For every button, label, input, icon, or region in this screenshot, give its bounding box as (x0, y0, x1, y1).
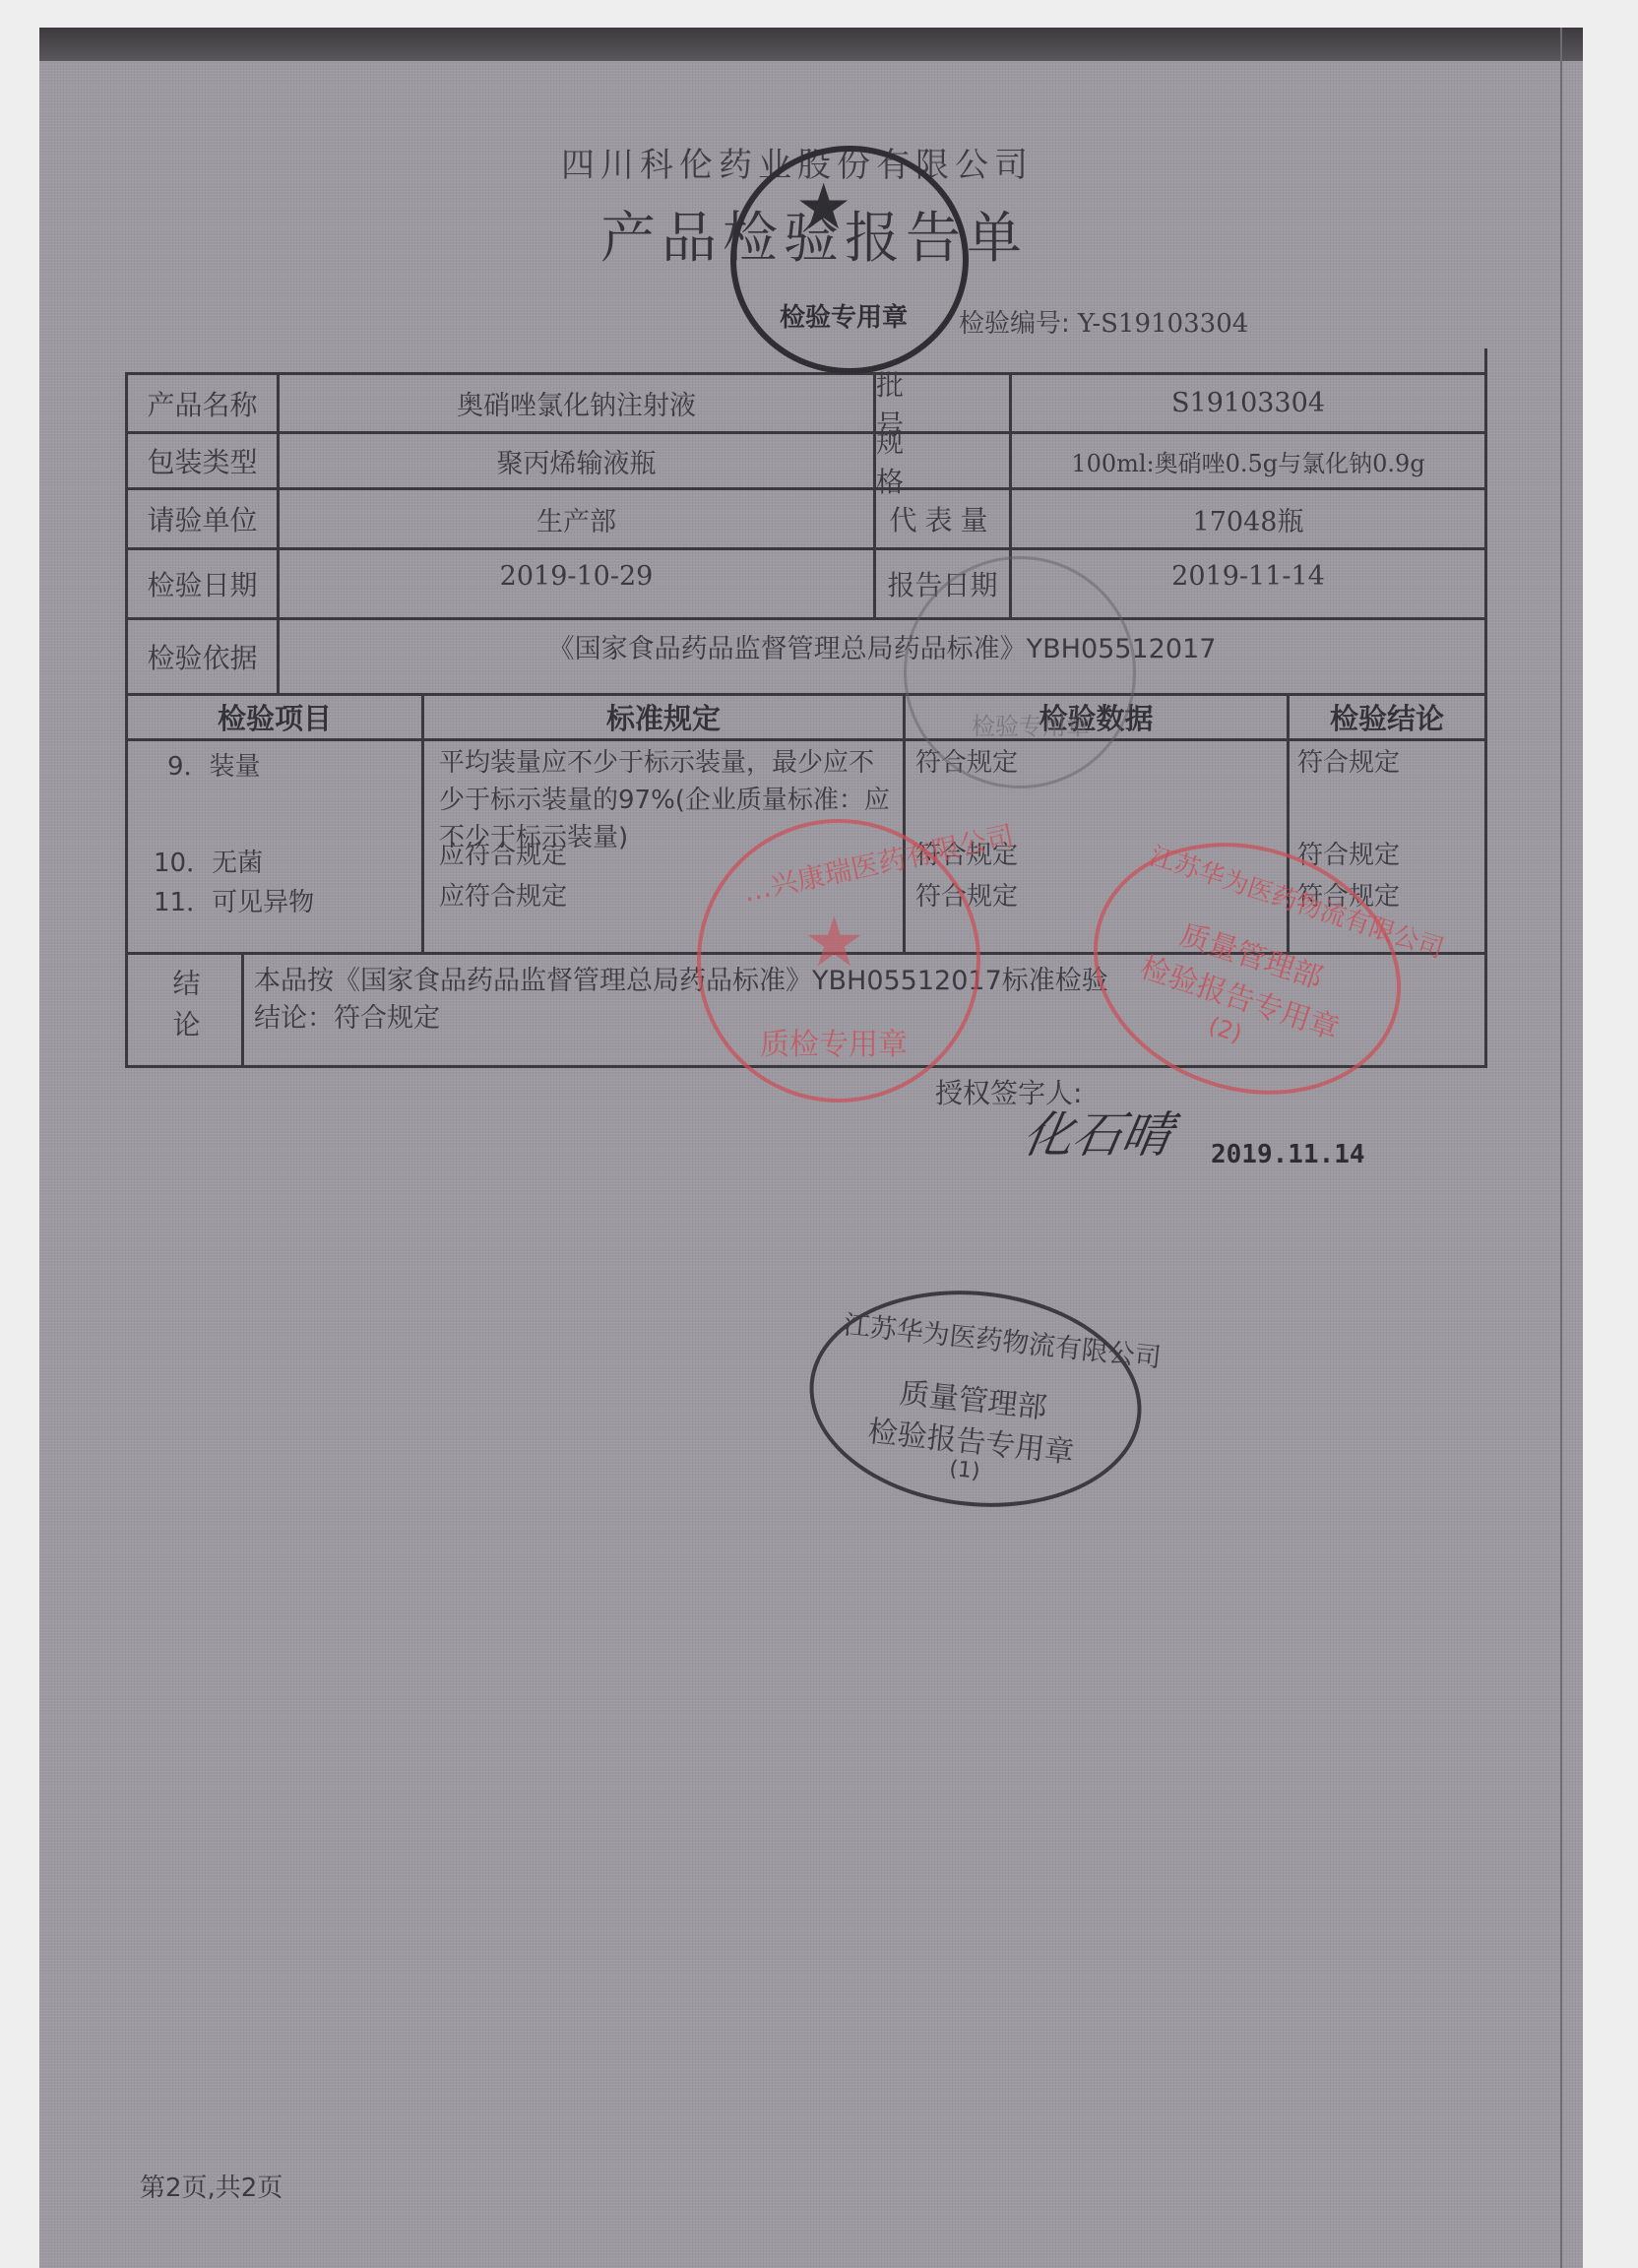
col-header-item: 检验项目 (128, 696, 421, 738)
row-item: 9．装量 (167, 748, 261, 786)
value-requester: 生产部 (280, 490, 873, 547)
star-icon: ★ (795, 171, 851, 244)
row-standard-line: 应符合规定 (439, 837, 567, 874)
report-number-label: 检验编号: (959, 309, 1070, 339)
value-batch: S19103304 (1012, 375, 1484, 431)
label-basis: 检验依据 (128, 620, 277, 693)
page-indicator: 第2页,共2页 (140, 2168, 283, 2204)
stamp-center-text: 检验专用章 (972, 707, 1090, 741)
value-package: 聚丙烯输液瓶 (280, 434, 873, 487)
label-requester: 请验单位 (128, 490, 277, 547)
handwritten-signature: 化石晴 (1021, 1116, 1175, 1154)
row-conclusion: 符合规定 (1297, 744, 1400, 782)
inspection-seal-gray: 检验专用章 (904, 556, 1136, 788)
label-spec: 规 格 (876, 434, 1009, 487)
value-test-date: 2019-10-29 (280, 550, 873, 601)
row-standard-line: 应符合规定 (439, 878, 567, 915)
report-number: 检验编号: Y-S19103304 (959, 303, 1248, 340)
stamp-center-text: 质检专用章 (760, 1020, 908, 1063)
conclusion-line-2: 结论：符合规定 (254, 1000, 440, 1038)
report-number-value: Y-S19103304 (1078, 309, 1248, 339)
row-item: 11．可见异物 (154, 884, 314, 921)
label-package: 包装类型 (128, 434, 277, 487)
stamp-center-text: 检验专用章 (780, 297, 908, 334)
label-test-date: 检验日期 (128, 550, 277, 617)
scan-edge-shadow (39, 28, 1583, 61)
row-standard-line: 少于标示装量的97%(企业质量标准：应 (439, 782, 890, 819)
label-quantity: 代表量 (876, 490, 1009, 547)
value-product-name: 奥硝唑氯化钠注射液 (280, 375, 873, 431)
value-quantity: 17048瓶 (1012, 490, 1484, 547)
label-product-name: 产品名称 (128, 375, 277, 431)
signature-date: 2019.11.14 (1211, 1136, 1365, 1173)
value-spec: 100ml:奥硝唑0.5g与氯化钠0.9g (1012, 434, 1484, 487)
value-basis: 《国家食品药品监督管理总局药品标准》YBH05512017 (280, 620, 1484, 671)
label-conclusion: 结论 (128, 955, 241, 1065)
row-standard-line: 平均装量应不少于标示装量，最少应不 (439, 744, 874, 782)
quality-seal-red-left: …兴康瑞医药有限公司 ★ 质检专用章 (697, 819, 980, 1102)
stamp-number: (1) (948, 1457, 981, 1484)
col-header-standard: 标准规定 (424, 696, 903, 738)
scan-edge-line (1560, 28, 1562, 2268)
inspection-seal-black: ★ 检验专用章 (730, 146, 969, 374)
row-item: 10．无菌 (154, 845, 263, 882)
col-header-conclusion: 检验结论 (1290, 696, 1484, 738)
star-icon: ★ (803, 902, 865, 982)
